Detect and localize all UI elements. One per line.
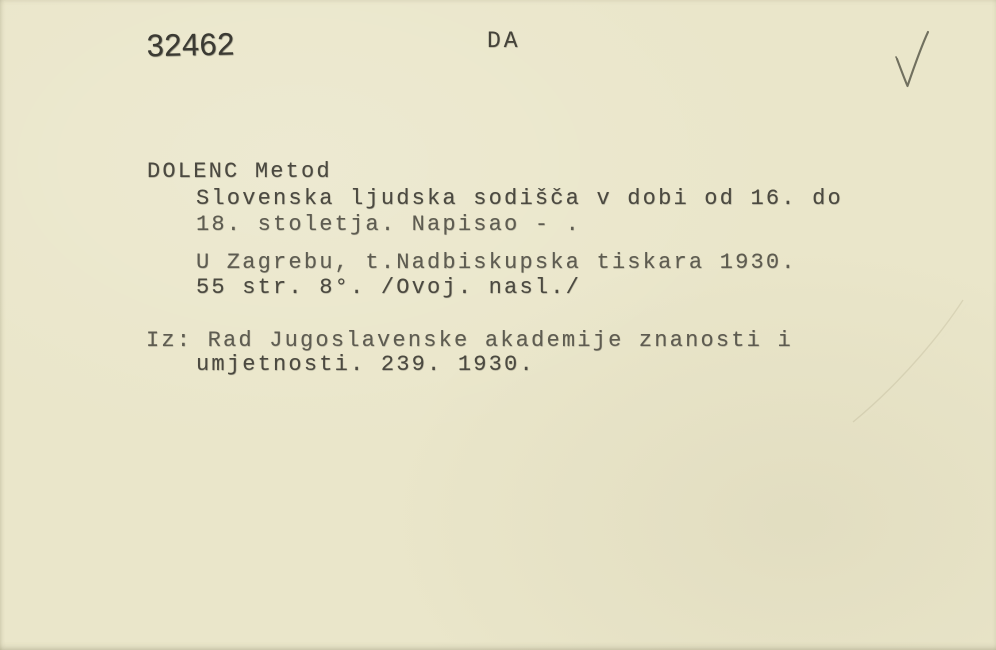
check-mark-icon: [880, 24, 940, 106]
author-line: DOLENC Metod: [147, 159, 332, 185]
catalog-number: 32462: [146, 28, 235, 67]
series-line-1: Iz: Rad Jugoslavenske akademije znanosti…: [146, 328, 793, 354]
title-line-2: 18. stoletja. Napisao - .: [196, 212, 581, 238]
header-code: DA: [487, 28, 521, 54]
imprint-line-2: 55 str. 8°. /Ovoj. nasl./: [196, 275, 581, 301]
title-line-1: Slovenska ljudska sodišča v dobi od 16. …: [196, 186, 843, 212]
catalog-card: 32462 DA DOLENC Metod Slovenska ljudska …: [0, 0, 996, 650]
paper-crease: [843, 296, 996, 426]
series-line-2: umjetnosti. 239. 1930.: [196, 352, 535, 378]
imprint-line-1: U Zagrebu, t.Nadbiskupska tiskara 1930.: [196, 250, 797, 276]
